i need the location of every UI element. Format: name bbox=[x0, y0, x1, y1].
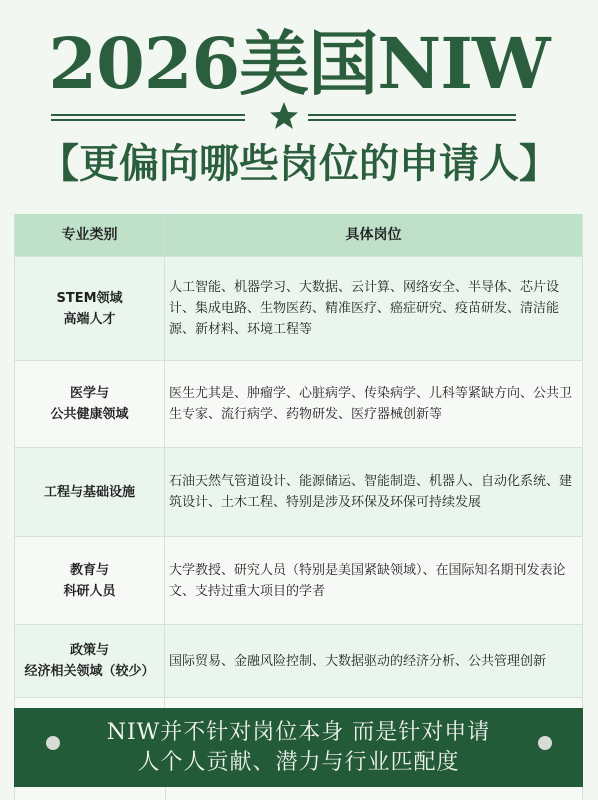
table-row: 教育与科研人员 大学教授、研究人员（特别是美国紧缺领域）、在国际知名期刊发表论文… bbox=[15, 537, 582, 625]
table-row: 医学与公共健康领域 医生尤其是、肿瘤学、心脏病学、传染病学、儿科等紧缺方向、公共… bbox=[15, 361, 582, 448]
table-row: 政策与经济相关领域（较少） 国际贸易、金融风险控制、大数据驱动的经济分析、公共管… bbox=[15, 625, 582, 698]
table-row-spacer bbox=[15, 698, 582, 708]
positions-cell: 国际贸易、金融风险控制、大数据驱动的经济分析、公共管理创新 bbox=[165, 625, 582, 697]
summary-banner: NIW并不针对岗位本身 而是针对申请人个人贡献、潜力与行业匹配度 bbox=[14, 708, 583, 787]
category-cell: 教育与科研人员 bbox=[15, 537, 165, 624]
page-subtitle: 【更偏向哪些岗位的申请人】 bbox=[0, 136, 598, 192]
table-row: STEM领域高端人才 人工智能、机器学习、大数据、云计算、网络安全、半导体、芯片… bbox=[15, 257, 582, 361]
table-continuation bbox=[14, 787, 583, 800]
category-cell: 工程与基础设施 bbox=[15, 448, 165, 536]
table-row: 工程与基础设施 石油天然气管道设计、能源储运、智能制造、机器人、自动化系统、建筑… bbox=[15, 448, 582, 537]
column-header-category: 专业类别 bbox=[15, 214, 165, 256]
category-cell: STEM领域高端人才 bbox=[15, 257, 165, 360]
bullet-dot-icon bbox=[538, 736, 552, 750]
page-title: 2026美国NIW bbox=[0, 22, 598, 106]
star-icon bbox=[268, 100, 300, 132]
table-header-row: 专业类别 具体岗位 bbox=[15, 214, 582, 257]
category-cell: 医学与公共健康领域 bbox=[15, 361, 165, 447]
positions-cell: 人工智能、机器学习、大数据、云计算、网络安全、半导体、芯片设计、集成电路、生物医… bbox=[165, 257, 582, 360]
category-cell: 政策与经济相关领域（较少） bbox=[15, 625, 165, 697]
positions-cell: 大学教授、研究人员（特别是美国紧缺领域）、在国际知名期刊发表论文、支持过重大项目… bbox=[165, 537, 582, 624]
positions-cell: 石油天然气管道设计、能源储运、智能制造、机器人、自动化系统、建筑设计、土木工程、… bbox=[165, 448, 582, 536]
title-divider-right bbox=[308, 112, 516, 122]
title-divider-left bbox=[51, 112, 245, 122]
bullet-dot-icon bbox=[46, 736, 60, 750]
positions-cell: 医生尤其是、肿瘤学、心脏病学、传染病学、儿科等紧缺方向、公共卫生专家、流行病学、… bbox=[165, 361, 582, 447]
column-header-positions: 具体岗位 bbox=[165, 214, 582, 256]
banner-text: NIW并不针对岗位本身 而是针对申请人个人贡献、潜力与行业匹配度 bbox=[99, 718, 499, 778]
